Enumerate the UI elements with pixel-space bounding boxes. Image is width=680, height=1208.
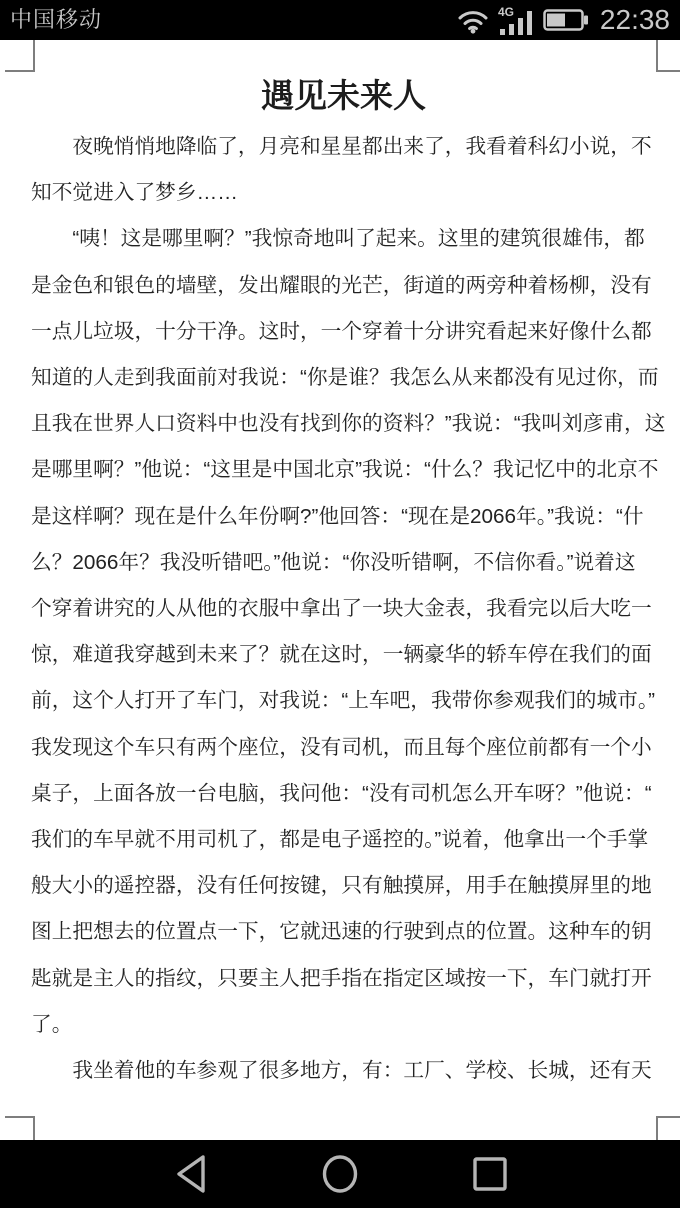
text-line: 夜晚悄悄地降临了，月亮和星星都出来了，我看着科幻小说，不 bbox=[31, 124, 656, 170]
document-content: 遇见未来人 夜晚悄悄地降临了，月亮和星星都出来了，我看着科幻小说，不知不觉进入了… bbox=[0, 76, 680, 1094]
battery-icon bbox=[543, 9, 589, 31]
recents-button[interactable] bbox=[470, 1152, 510, 1196]
text-line: 知道的人走到我面前对我说：“你是谁？我怎么从来都没有见过你，而 bbox=[31, 355, 656, 401]
network-type-label: 4G bbox=[498, 5, 514, 19]
text-line: 匙就是主人的指纹，只要主人把手指在指定区域按一下，车门就打开 bbox=[31, 956, 656, 1002]
signal-bars-icon: 4G bbox=[498, 5, 534, 36]
text-line: 我发现这个车只有两个座位，没有司机，而且每个座位前都有一个小 bbox=[31, 725, 656, 771]
home-icon bbox=[320, 1154, 360, 1194]
page-title: 遇见未来人 bbox=[31, 76, 656, 116]
text-line: 前，这个人打开了车门，对我说：“上车吧，我带你参观我们的城市。” bbox=[31, 678, 656, 724]
text-line: 般大小的遥控器，没有任何按键，只有触摸屏，用手在触摸屏里的地 bbox=[31, 863, 656, 909]
wifi-icon bbox=[457, 7, 489, 34]
android-nav-bar bbox=[0, 1140, 680, 1208]
text-line: 惊，难道我穿越到未来了？就在这时，一辆豪华的轿车停在我们的面 bbox=[31, 632, 656, 678]
carrier-label: 中国移动 bbox=[10, 0, 102, 40]
text-line: 且我在世界人口资料中也没有找到你的资料？”我说：“我叫刘彦甫，这 bbox=[31, 401, 656, 447]
text-line: 个穿着讲究的人从他的衣服中拿出了一块大金表，我看完以后大吃一 bbox=[31, 586, 656, 632]
text-line: “咦！这是哪里啊？”我惊奇地叫了起来。这里的建筑很雄伟，都 bbox=[31, 216, 656, 262]
text-line: 了。 bbox=[31, 1002, 656, 1048]
back-icon bbox=[172, 1153, 208, 1195]
text-line: 是这样啊？现在是什么年份啊?”他回答：“现在是2066年。”我说：“什 bbox=[31, 494, 656, 540]
phone-screen: 中国移动 4G bbox=[0, 0, 680, 1208]
text-line: 知不觉进入了梦乡…… bbox=[31, 170, 656, 216]
text-line: 是哪里啊？”他说：“这里是中国北京”我说：“什么？我记忆中的北京不 bbox=[31, 447, 656, 493]
text-line: 图上把想去的位置点一下，它就迅速的行驶到点的位置。这种车的钥 bbox=[31, 909, 656, 955]
home-button[interactable] bbox=[320, 1152, 360, 1196]
status-bar: 中国移动 4G bbox=[0, 0, 680, 40]
recents-icon bbox=[472, 1156, 508, 1192]
back-button[interactable] bbox=[170, 1152, 210, 1196]
document-body: 夜晚悄悄地降临了，月亮和星星都出来了，我看着科幻小说，不知不觉进入了梦乡……“咦… bbox=[31, 124, 656, 1094]
margin-mark-bottom-left bbox=[5, 1116, 35, 1140]
text-line: 是金色和银色的墙壁，发出耀眼的光芒，街道的两旁种着杨柳，没有 bbox=[31, 263, 656, 309]
margin-mark-top-left bbox=[5, 40, 35, 72]
text-line: 桌子，上面各放一台电脑，我问他：“没有司机怎么开车呀？”他说：“ bbox=[31, 771, 656, 817]
text-line: 我们的车早就不用司机了，都是电子遥控的。”说着，他拿出一个手掌 bbox=[31, 817, 656, 863]
clock-label: 22:38 bbox=[600, 0, 670, 40]
status-bar-indicators: 4G 22:38 bbox=[457, 0, 670, 40]
text-line: 一点儿垃圾，十分干净。这时，一个穿着十分讲究看起来好像什么都 bbox=[31, 309, 656, 355]
margin-mark-bottom-right bbox=[656, 1116, 680, 1140]
text-line: 我坐着他的车参观了很多地方，有：工厂、学校、长城，还有天 bbox=[31, 1048, 656, 1094]
text-line: 么？2066年？我没听错吧。”他说：“你没听错啊，不信你看。”说着这 bbox=[31, 540, 656, 586]
document-page: 遇见未来人 夜晚悄悄地降临了，月亮和星星都出来了，我看着科幻小说，不知不觉进入了… bbox=[0, 40, 680, 1140]
margin-mark-top-right bbox=[656, 40, 680, 72]
